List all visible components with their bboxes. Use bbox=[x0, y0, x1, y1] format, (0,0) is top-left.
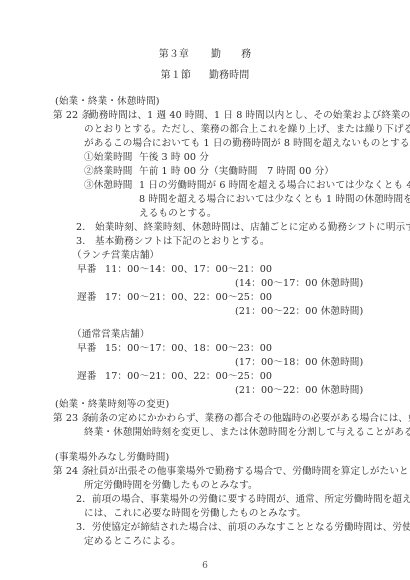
item-value-end: 午前 1 時 00 分（実働時間 7 時間 00 分） bbox=[139, 166, 334, 178]
item-value-break-cont-1: 8 時間を超える場合においては少なくとも 1 時間の休憩時間を与 bbox=[139, 194, 410, 206]
article-23-label: 第 23 条 bbox=[53, 413, 91, 425]
section-title: 第１節勤務時間 bbox=[0, 70, 410, 82]
item-value-start: 午後 3 時 00 分 bbox=[139, 152, 209, 164]
article-22-para-2: 2. 始業時刻、終業時刻、休憩時間は、店舗ごとに定める勤務シフトに明示する。 bbox=[76, 222, 410, 234]
shift-break: (21：00～22：00 休憩時間) bbox=[235, 385, 363, 397]
item-label-start: ①始業時間 bbox=[84, 152, 132, 164]
article-22-line-2: のとおりとする。ただし、業務の都合上これを繰り上げ、または繰り下げること bbox=[84, 124, 410, 136]
article-23-line-2: 終業・休憩開始時刻を変更し、または休憩時間を分割して与えることがある。 bbox=[84, 427, 410, 439]
article-24-line-2: 所定労働時間を労働したものとみなす。 bbox=[84, 480, 258, 492]
item-label-break: ③休憩時間 bbox=[84, 180, 132, 192]
shift-hours: 11：00～14：00、17：00～21：00 bbox=[105, 264, 272, 276]
article-22-para-3: 3. 基本勤務シフトは下記のとおりとする。 bbox=[76, 236, 270, 248]
chapter-title: 第３章勤務 bbox=[0, 49, 410, 61]
article-23-heading: (始業・終業時刻等の変更) bbox=[55, 399, 169, 411]
article-24-para-2-line-1: 2．前項の場合、事業場外の労働に要する時間が、通常、所定労働時間を超える場合 bbox=[76, 494, 410, 506]
chapter-number: 第３章 bbox=[159, 49, 189, 60]
shift-break: (17：00～18：00 休憩時間) bbox=[235, 357, 363, 369]
shift-hours: 15：00～17：00、18：00～23：00 bbox=[105, 343, 272, 355]
shift-group-regular: （通常営業店舗） bbox=[72, 329, 150, 341]
section-name: 勤務時間 bbox=[209, 70, 249, 81]
article-24-para-3-line-2: 定めるところによる。 bbox=[84, 536, 181, 548]
item-label-end: ②終業時間 bbox=[84, 166, 132, 178]
article-24-line-1: 社員が出張その他事業場外で勤務する場合で、労働時間を算定しがたいときは、 bbox=[89, 466, 410, 478]
article-24-para-3-line-1: 3．労使協定が締結された場合は、前項のみなすこととなる労働時間は、労使協定の bbox=[76, 522, 410, 534]
shift-group-lunch: （ランチ営業店舗） bbox=[72, 250, 159, 262]
chapter-title-a: 勤 bbox=[211, 49, 221, 60]
article-22-label: 第 22 条 bbox=[53, 110, 91, 122]
shift-hours: 17：00～21：00、22：00～25：00 bbox=[105, 371, 272, 383]
article-24-heading: (事業場外みなし労働時間) bbox=[55, 452, 169, 464]
item-value-break-cont-2: えるものとする。 bbox=[139, 208, 217, 220]
article-23-line-1: 前条の定めにかかわらず、業務の都合その他臨時の必要がある場合には、始業・ bbox=[89, 413, 410, 425]
section-number: 第１節 bbox=[161, 70, 191, 81]
item-value-break: 1 日の労働時間が 6 時間を超える場合においては少なくとも 45 分、 bbox=[139, 180, 410, 192]
article-22-line-1: 勤務時間は、1 週 40 時間、1 日 8 時間以内とし、その始業および終業の時… bbox=[89, 110, 410, 122]
shift-hours: 17：00～21：00、22：00～25：00 bbox=[105, 292, 272, 304]
shift-name: 早番 bbox=[77, 343, 96, 355]
article-24-label: 第 24 条 bbox=[53, 466, 91, 478]
shift-name: 遅番 bbox=[77, 371, 96, 383]
shift-name: 早番 bbox=[77, 264, 96, 276]
shift-break: (14：00～17：00 休憩時間) bbox=[235, 278, 363, 290]
shift-name: 遅番 bbox=[77, 292, 96, 304]
page-number: 6 bbox=[0, 560, 410, 572]
article-22-heading: (始業・終業・休憩時間) bbox=[55, 96, 160, 108]
article-24-para-2-line-2: には、これに必要な時間を労働したものとみなす。 bbox=[84, 508, 306, 520]
chapter-title-b: 務 bbox=[241, 49, 251, 60]
shift-break: (21：00～22：00 休憩時間) bbox=[235, 306, 363, 318]
article-22-line-3: があるこの場合においても 1 日の勤務時間が 8 時間を超えないものとする。 bbox=[84, 138, 410, 150]
